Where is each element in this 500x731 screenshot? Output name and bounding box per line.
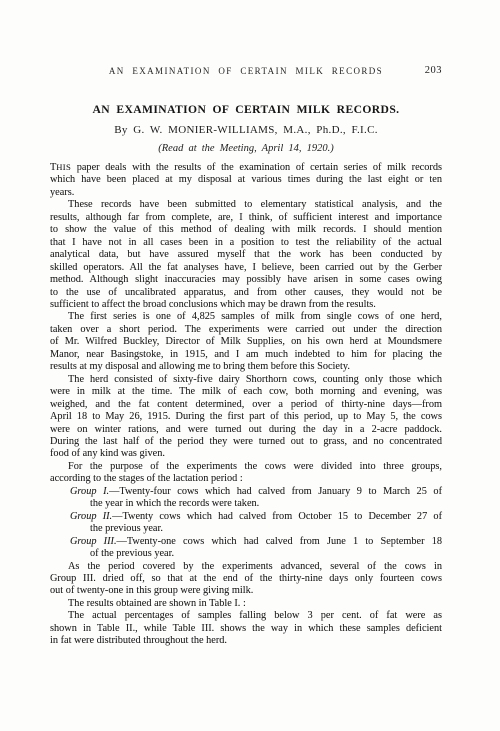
text-line: As the period covered by the experiments…: [50, 561, 442, 573]
body-text: THIS paper deals with the results of the…: [50, 161, 442, 648]
paragraph-first-series: The first series is one of 4,825 samples…: [50, 311, 442, 373]
group-item-1: Group I.—Twenty-four cows which had calv…: [70, 486, 442, 511]
text-line: according to the stages of the lactation…: [50, 473, 442, 485]
text-line: skilled operators. All the fat analyses …: [50, 262, 442, 274]
text-line: These records have been submitted to ele…: [50, 199, 442, 211]
text-line: shown in Table II., while Table III. sho…: [50, 623, 442, 635]
text-line: of Mr. Wilfred Buckley, Director of Milk…: [50, 336, 442, 348]
text-line: results at my disposal and allowing me t…: [50, 361, 442, 373]
paragraph-tables-2-3: The actual percentages of samples fallin…: [50, 610, 442, 647]
text-line: in fat were distributed throughout the h…: [50, 635, 442, 647]
running-header-row: AN EXAMINATION OF CERTAIN MILK RECORDS 2…: [50, 66, 442, 77]
text-line: Group II.—Twenty cows which had calved f…: [70, 511, 442, 523]
group-item-3: Group III.—Twenty-one cows which had cal…: [70, 536, 442, 561]
text-line: taken over a short period. The experimen…: [50, 324, 442, 336]
text-line: THIS paper deals with the results of the…: [50, 161, 442, 174]
paragraph-results-table1: The results obtained are shown in Table …: [50, 598, 442, 610]
text-line: years.: [50, 187, 442, 199]
paragraph-period-advanced: As the period covered by the experiments…: [50, 561, 442, 598]
article-title: AN EXAMINATION OF CERTAIN MILK RECORDS.: [50, 103, 442, 116]
text-line: were in milk at the time. The milk of ea…: [50, 386, 442, 398]
text-line: sufficient to affect the broad conclusio…: [50, 299, 442, 311]
text-line: The first series is one of 4,825 samples…: [50, 311, 442, 323]
text-line: Manor, near Basingstoke, in 1915, and I …: [50, 349, 442, 361]
text-line: analytical data, but have assured myself…: [50, 249, 442, 261]
text-line: food of any kind was given.: [50, 448, 442, 460]
group-item-2: Group II.—Twenty cows which had calved f…: [70, 511, 442, 536]
text-line: method. Although slight inaccuracies may…: [50, 274, 442, 286]
smallcaps-lead: HIS: [56, 162, 71, 172]
text-line: Group I.—Twenty-four cows which had calv…: [70, 486, 442, 498]
opening-paragraph: THIS paper deals with the results of the…: [50, 161, 442, 199]
text-line: the previous year.: [70, 523, 442, 535]
text-line: The actual percentages of samples fallin…: [50, 610, 442, 622]
text-line: April 18 to May 26, 1915. During the fir…: [50, 411, 442, 423]
text-line: The results obtained are shown in Table …: [50, 598, 442, 610]
text-line: to the use of uncalibrated apparatus, an…: [50, 287, 442, 299]
text-line: of the previous year.: [70, 548, 442, 560]
article-byline: By G. W. MONIER-WILLIAMS, M.A., Ph.D., F…: [50, 124, 442, 136]
group-label: Group III.: [70, 536, 117, 547]
paragraph-records-submitted: These records have been submitted to ele…: [50, 199, 442, 311]
text-line: Group III. dried off, so that at the end…: [50, 573, 442, 585]
text-line: During the last half of the period they …: [50, 436, 442, 448]
text-line: weighed, and the fat content determined,…: [50, 399, 442, 411]
group-label: Group II.: [70, 511, 112, 522]
paragraph-purpose-groups: For the purpose of the experiments the c…: [50, 461, 442, 486]
text-block: AN EXAMINATION OF CERTAIN MILK RECORDS 2…: [50, 66, 442, 648]
text-line: For the purpose of the experiments the c…: [50, 461, 442, 473]
text-line: Group III.—Twenty-one cows which had cal…: [70, 536, 442, 548]
text-line: which have been placed at my disposal at…: [50, 174, 442, 186]
meeting-note: (Read at the Meeting, April 14, 1920.): [50, 143, 442, 154]
group-label: Group I.: [70, 486, 109, 497]
text-line: results, although far from complete, are…: [50, 212, 442, 224]
page-number: 203: [425, 65, 442, 76]
paragraph-herd-description: The herd consisted of sixty-five dairy S…: [50, 374, 442, 461]
text-line: out of twenty-one in this group were giv…: [50, 585, 442, 597]
text-line: to show the value of this method of deal…: [50, 224, 442, 236]
text-line: that I have not in all cases been in a p…: [50, 237, 442, 249]
text-line: the year in which the records were taken…: [70, 498, 442, 510]
text-line: were on winter rations, and were turned …: [50, 424, 442, 436]
running-header: AN EXAMINATION OF CERTAIN MILK RECORDS: [50, 66, 442, 76]
text-line: The herd consisted of sixty-five dairy S…: [50, 374, 442, 386]
journal-page: AN EXAMINATION OF CERTAIN MILK RECORDS 2…: [0, 0, 500, 731]
